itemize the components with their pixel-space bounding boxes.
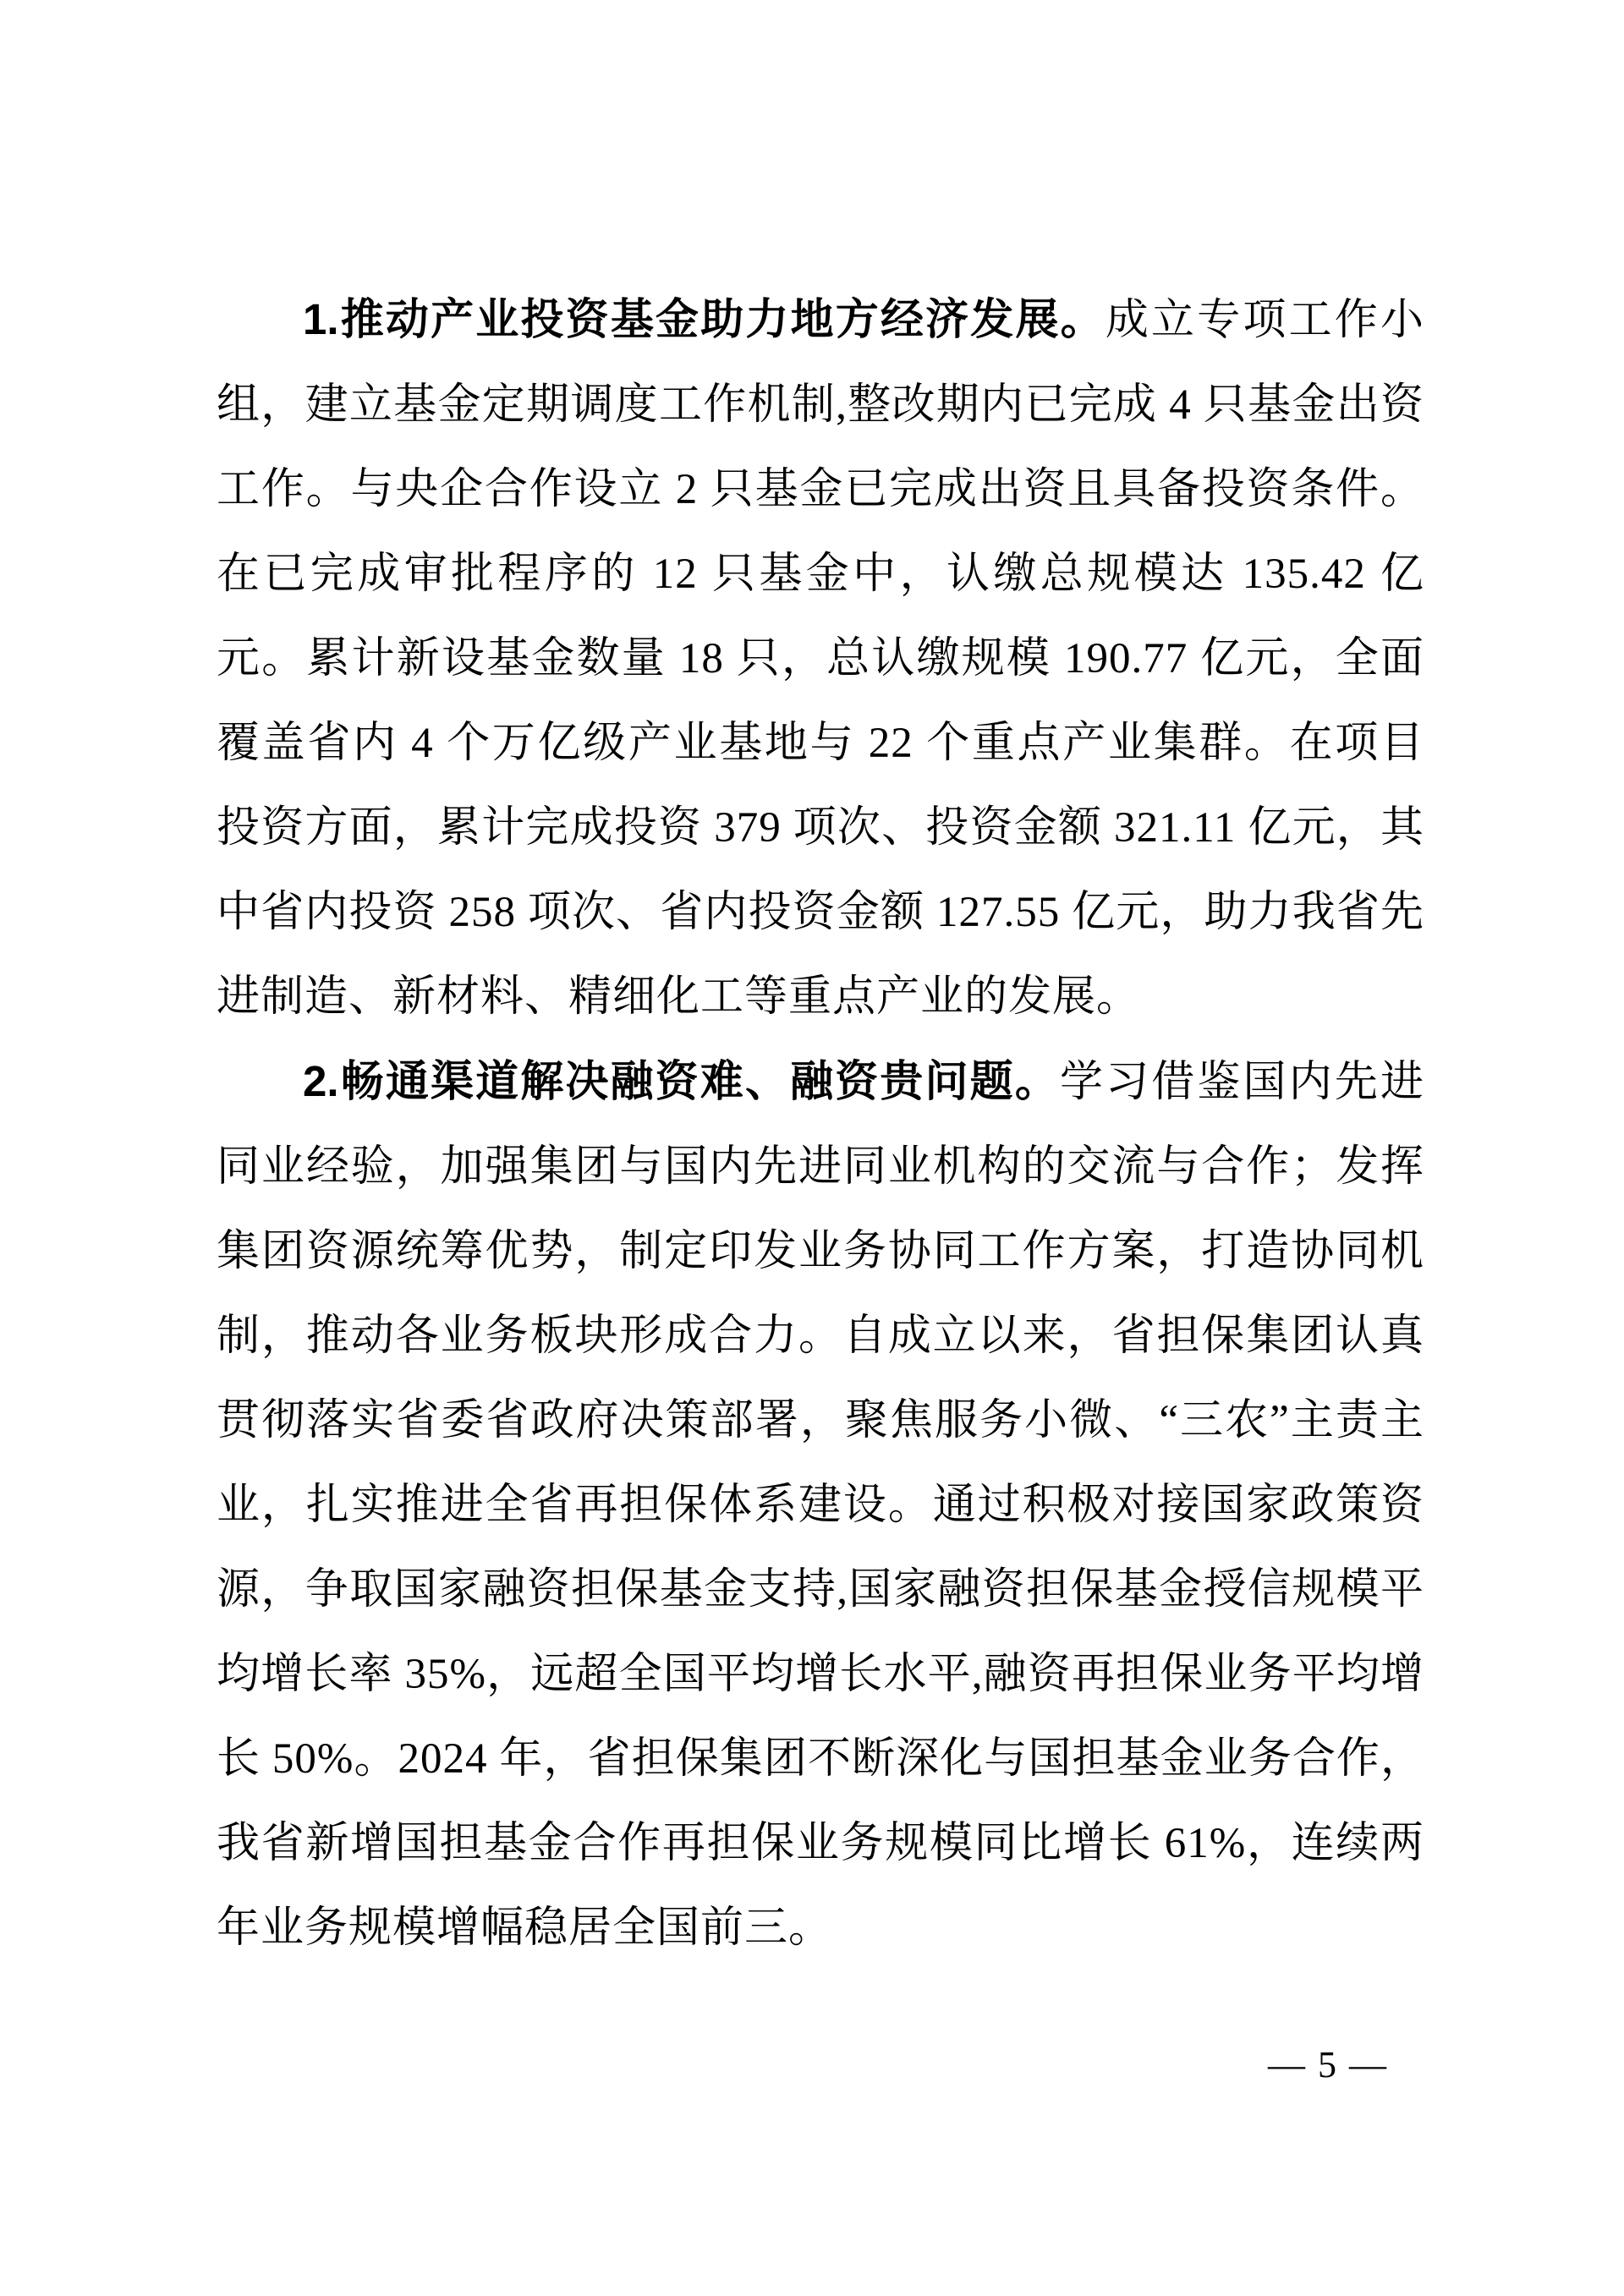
paragraph-2-text: 学习借鉴国内先进同业经验，加强集团与国内先进同业机构的交流与合作；发挥集团资源统… bbox=[217, 1059, 1424, 1952]
paragraph-1-heading: 1.推动产业投资基金助力地方经济发展。 bbox=[303, 295, 1106, 343]
document-body: 1.推动产业投资基金助力地方经济发展。成立专项工作小组，建立基金定期调度工作机制… bbox=[217, 277, 1424, 1970]
paragraph-2: 2.畅通渠道解决融资难、融资贵问题。学习借鉴国内先进同业经验，加强集团与国内先进… bbox=[217, 1039, 1424, 1970]
paragraph-1-text: 成立专项工作小组，建立基金定期调度工作机制,整改期内已完成 4 只基金出资工作。… bbox=[217, 297, 1424, 1021]
paragraph-2-heading: 2.畅通渠道解决融资难、融资贵问题。 bbox=[303, 1057, 1060, 1105]
page-number: — 5 — bbox=[1243, 2040, 1413, 2091]
document-page: 1.推动产业投资基金助力地方经济发展。成立专项工作小组，建立基金定期调度工作机制… bbox=[0, 0, 1624, 2296]
paragraph-1: 1.推动产业投资基金助力地方经济发展。成立专项工作小组，建立基金定期调度工作机制… bbox=[217, 277, 1424, 1039]
